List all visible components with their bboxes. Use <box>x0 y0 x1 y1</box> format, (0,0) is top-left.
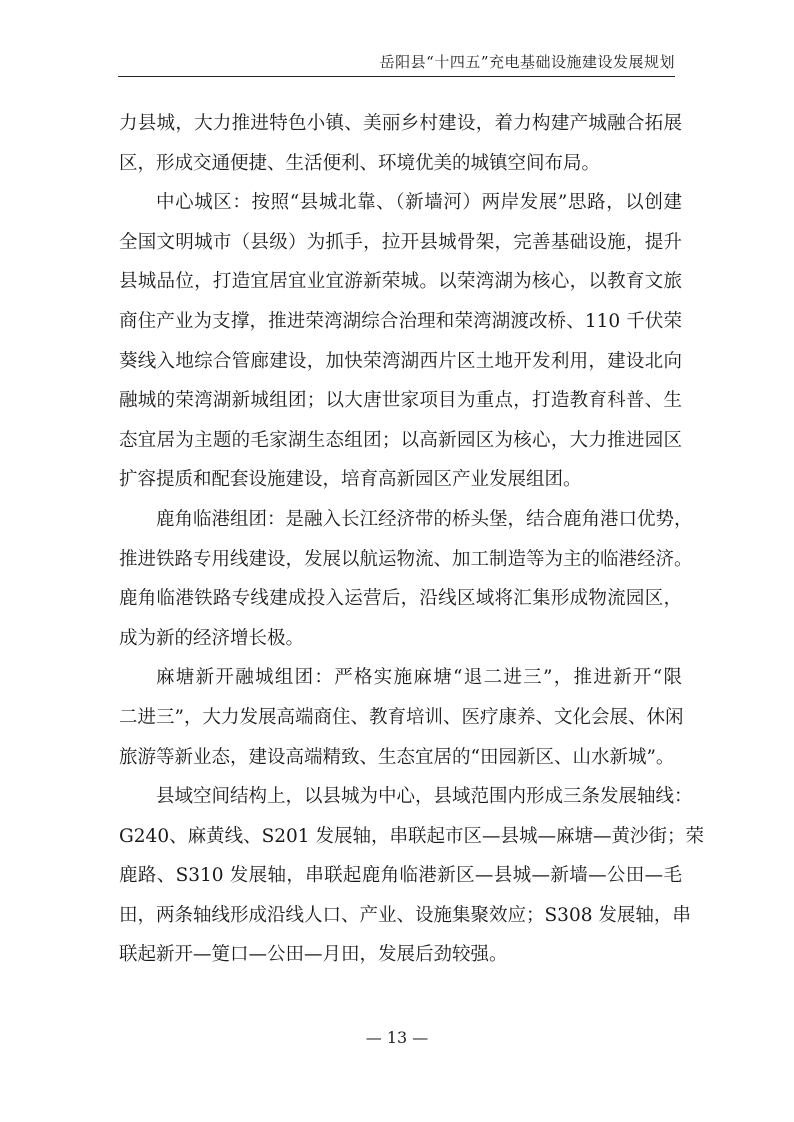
text-line: 旅游等新业态，建设高端精致、生态宜居的“田园新区、山水新城”。 <box>119 738 682 778</box>
text-line: 县域空间结构上，以县城为中心，县域范围内形成三条发展轴线： <box>119 777 682 817</box>
text-line: 鹿角临港铁路专线建成投入运营后，沿线区域将汇集形成物流园区， <box>119 579 682 619</box>
text-line: 联起新开—筻口—公田—月田，发展后劲较强。 <box>119 935 682 975</box>
text-line: 融城的荣湾湖新城组团；以大唐世家项目为重点，打造教育科普、生 <box>119 381 682 421</box>
text-line: 葵线入地综合管廊建设，加快荣湾湖西片区土地开发利用，建设北向 <box>119 342 682 382</box>
page-body: 力县城，大力推进特色小镇、美丽乡村建设，着力构建产城融合拓展 区，形成交通便捷、… <box>119 104 682 975</box>
paragraph-central-urban-area: 中心城区：按照“县城北靠、（新墙河）两岸发展”思路，以创建 全国文明城市（县级）… <box>119 183 682 500</box>
paragraph-county-spatial-structure: 县域空间结构上，以县城为中心，县域范围内形成三条发展轴线： G240、麻黄线、S… <box>119 777 682 975</box>
text-line: 力县城，大力推进特色小镇、美丽乡村建设，着力构建产城融合拓展 <box>119 104 682 144</box>
text-line: 全国文明城市（县级）为抓手，拉开县城骨架，完善基础设施，提升 <box>119 223 682 263</box>
text-line: 扩容提质和配套设施建设，培育高新园区产业发展组团。 <box>119 460 682 500</box>
paragraph-matang-xinkai-cluster: 麻塘新开融城组团：严格实施麻塘“退二进三”，推进新开“限 二进三”，大力发展高端… <box>119 658 682 777</box>
text-line: 二进三”，大力发展高端商住、教育培训、医疗康养、文化会展、休闲 <box>119 698 682 738</box>
text-line: 商住产业为支撑，推进荣湾湖综合治理和荣湾湖渡改桥、110 千伏荣 <box>119 302 682 342</box>
paragraph-continuation: 力县城，大力推进特色小镇、美丽乡村建设，着力构建产城融合拓展 区，形成交通便捷、… <box>119 104 682 183</box>
page-number: — 13 — <box>0 1028 794 1047</box>
text-line: 成为新的经济增长极。 <box>119 619 682 659</box>
text-line: 区，形成交通便捷、生活便利、环境优美的城镇空间布局。 <box>119 144 682 184</box>
paragraph-lujiao-port-cluster: 鹿角临港组团：是融入长江经济带的桥头堡，结合鹿角港口优势， 推进铁路专用线建设，… <box>119 500 682 658</box>
text-line: 麻塘新开融城组团：严格实施麻塘“退二进三”，推进新开“限 <box>119 658 682 698</box>
text-line: 中心城区：按照“县城北靠、（新墙河）两岸发展”思路，以创建 <box>119 183 682 223</box>
text-line: 鹿角临港组团：是融入长江经济带的桥头堡，结合鹿角港口优势， <box>119 500 682 540</box>
text-line: 推进铁路专用线建设，发展以航运物流、加工制造等为主的临港经济。 <box>119 540 682 580</box>
text-line: G240、麻黄线、S201 发展轴，串联起市区—县城—麻塘—黄沙街；荣 <box>119 817 682 857</box>
running-header: 岳阳县“十四五”充电基础设施建设发展规划 <box>118 51 675 77</box>
text-line: 田，两条轴线形成沿线人口、产业、设施集聚效应；S308 发展轴，串 <box>119 896 682 936</box>
document-title: 岳阳县“十四五”充电基础设施建设发展规划 <box>380 53 675 71</box>
text-line: 态宜居为主题的毛家湖生态组团；以高新园区为核心，大力推进园区 <box>119 421 682 461</box>
text-line: 县城品位，打造宜居宜业宜游新荣城。以荣湾湖为核心，以教育文旅 <box>119 262 682 302</box>
text-line: 鹿路、S310 发展轴，串联起鹿角临港新区—县城—新墙—公田—毛 <box>119 856 682 896</box>
